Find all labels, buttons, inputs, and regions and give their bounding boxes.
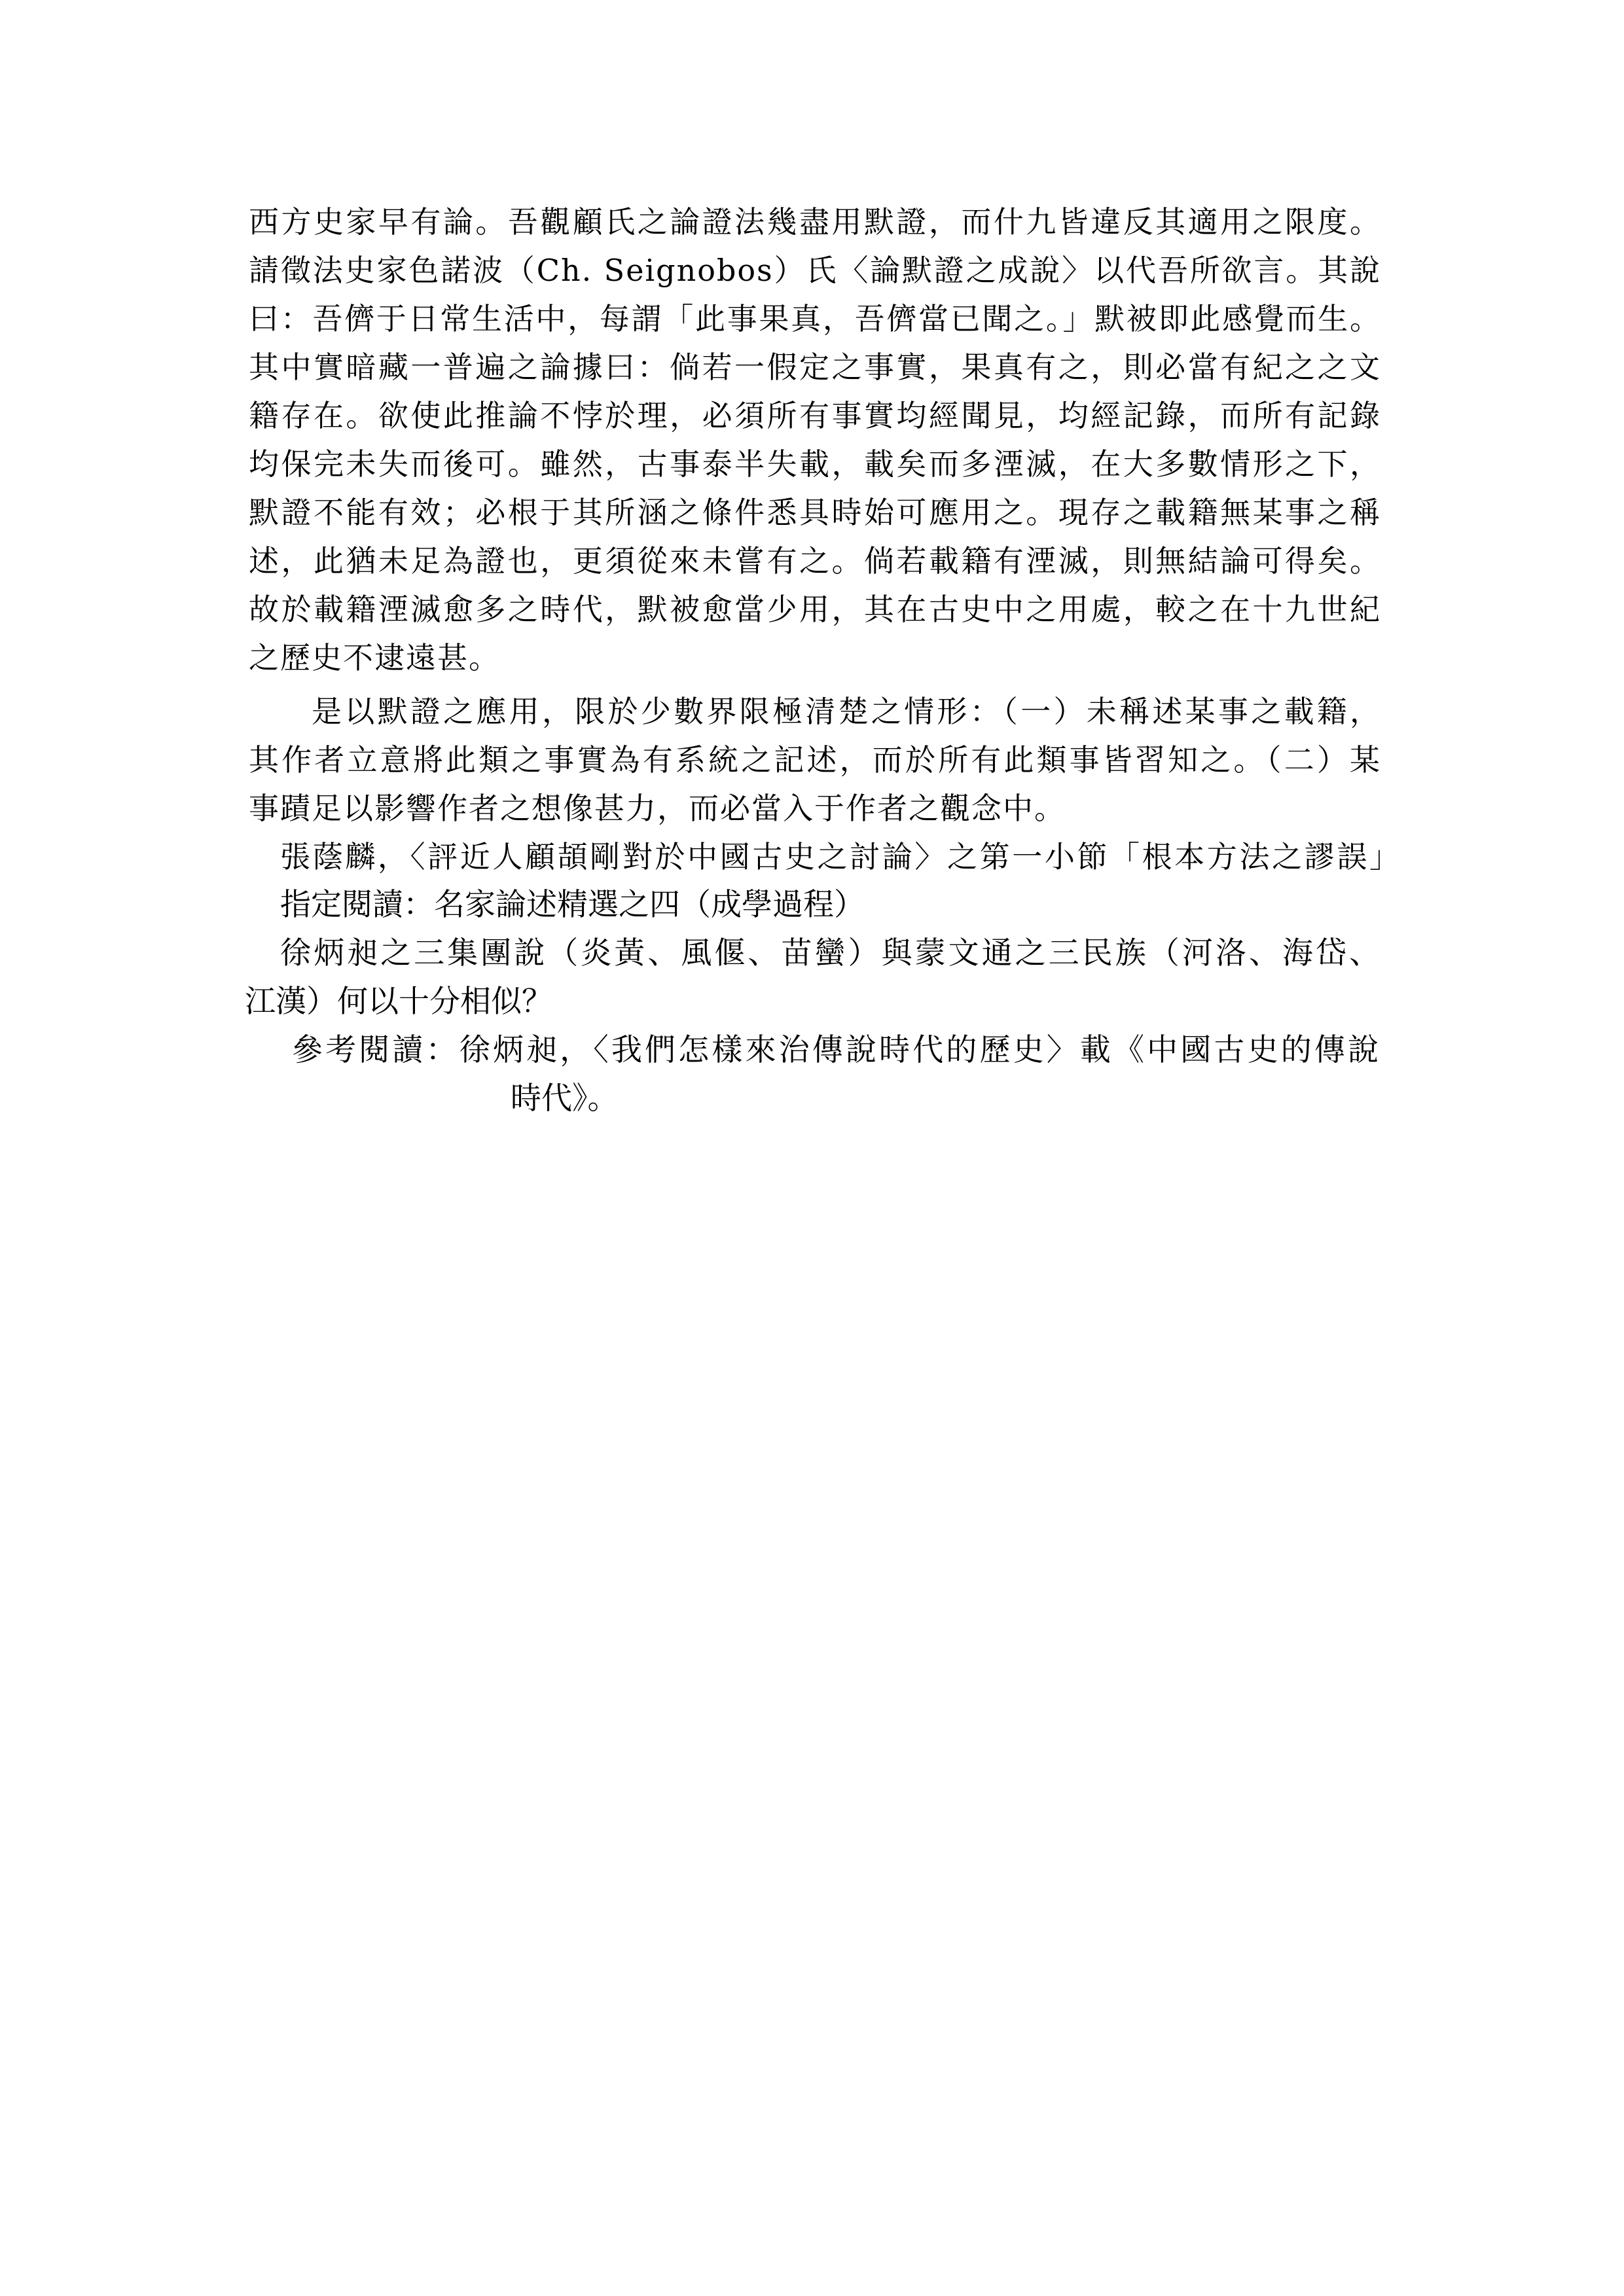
body-text-line: 請徵法史家色諾波（Ch. Seignobos）氏〈論默證之成說〉以代吾所欲言。其… — [249, 246, 1381, 295]
body-text-line: 是以默證之應用，限於少數界限極清楚之情形：（一）未稱述某事之載籍， — [312, 687, 1381, 736]
body-text-line: 其作者立意將此類之事實為有系統之記述，而於所有此類事皆習知之。（二）某 — [249, 736, 1381, 784]
body-text-line: 曰：吾儕于日常生活中，每謂「此事果真，吾儕當已聞之。」默被即此感覺而生。 — [249, 295, 1381, 343]
body-text-line: 均保完未失而後可。雖然，古事泰半失載，載矣而多湮滅，在大多數情形之下， — [249, 440, 1381, 488]
citation-line: 張蔭麟，〈評近人顧頡剛對於中國古史之討論〉之第一小節「根本方法之謬誤」 — [280, 833, 1399, 881]
reference-reading: 參考閱讀：徐炳昶，〈我們怎樣來治傳說時代的歷史〉載《中國古史的傳說 — [292, 1026, 1379, 1075]
body-text-line: 籍存在。欲使此推論不悖於理，必須所有事實均經聞見，均經記錄，而所有記錄 — [249, 391, 1381, 440]
body-text-line: 西方史家早有論。吾觀顧氏之論證法幾盡用默證，而什九皆違反其適用之限度。 — [249, 198, 1381, 246]
body-text-line: 之歷史不逮遠甚。 — [249, 634, 1381, 682]
document-page: 西方史家早有論。吾觀顧氏之論證法幾盡用默證，而什九皆違反其適用之限度。 請徵法史… — [0, 0, 1624, 2296]
body-text-line: 其中實暗藏一普遍之論據曰：倘若一假定之事實，果真有之，則必當有紀之之文 — [249, 343, 1381, 391]
body-text-line: 事蹟足以影響作者之想像甚力，而必當入于作者之觀念中。 — [249, 784, 1381, 833]
question-line: 徐炳昶之三集團說（炎黃、風偃、苗蠻）與蒙文通之三民族（河洛、海岱、 — [280, 929, 1380, 978]
body-text-line: 默證不能有效；必根于其所涵之條件悉具時始可應用之。現存之載籍無某事之稱 — [249, 488, 1381, 537]
assigned-reading: 指定閱讀：名家論述精選之四（成學過程） — [280, 881, 1413, 929]
body-text-line: 述，此猶未足為證也，更須從來未嘗有之。倘若載籍有湮滅，則無結論可得矣。 — [249, 537, 1381, 585]
question-line: 江漢）何以十分相似？ — [245, 978, 1377, 1026]
reference-reading: 時代》。 — [511, 1075, 1624, 1123]
body-text-line: 故於載籍湮滅愈多之時代，默被愈當少用，其在古史中之用處，較之在十九世紀 — [249, 585, 1381, 634]
